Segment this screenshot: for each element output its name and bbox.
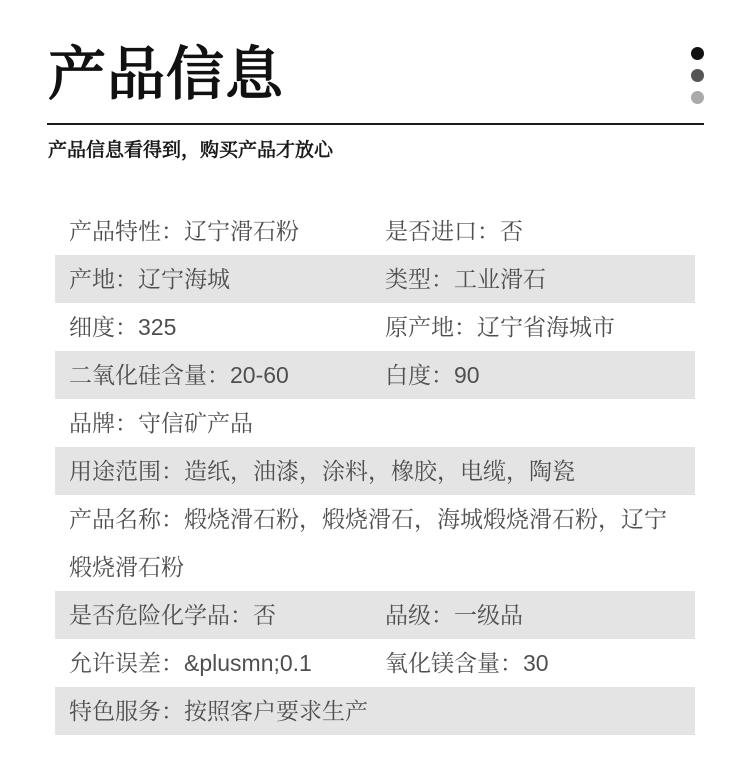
spec-row-silica-content: 二氧化硅含量：20-60 白度：90 [55, 351, 695, 399]
spec-cell: 白度：90 [385, 351, 679, 399]
product-info-panel: 产品信息 产品信息看得到，购买产品才放心 产品特性：辽宁滑石粉 是否进口：否 产… [0, 0, 750, 773]
spec-row-origin: 产地：辽宁海城 类型：工业滑石 [55, 255, 695, 303]
dot-icon-middle [691, 69, 704, 82]
spec-cell: 二氧化硅含量：20-60 [69, 351, 385, 399]
spec-cell: 产品特性：辽宁滑石粉 [69, 207, 385, 255]
spec-cell: 产地：辽宁海城 [69, 255, 385, 303]
page-title: 产品信息 [48, 42, 284, 108]
spec-row-tolerance: 允许误差：&plusmn;0.1 氧化镁含量：30 [55, 639, 695, 687]
spec-cell: 产品名称：煅烧滑石粉，煅烧滑石，海城煅烧滑石粉，辽宁煅烧滑石粉 [69, 495, 679, 591]
spec-row-hazardous: 是否危险化学品：否 品级：一级品 [55, 591, 695, 639]
spec-cell: 类型：工业滑石 [385, 255, 679, 303]
spec-cell: 是否危险化学品：否 [69, 591, 385, 639]
spec-table: 产品特性：辽宁滑石粉 是否进口：否 产地：辽宁海城 类型：工业滑石 细度：325… [55, 207, 695, 735]
spec-cell: 允许误差：&plusmn;0.1 [69, 639, 385, 687]
spec-cell: 氧化镁含量：30 [385, 639, 679, 687]
spec-row-special-service: 特色服务：按照客户要求生产 [55, 687, 695, 735]
spec-row-brand: 品牌：守信矿产品 [55, 399, 695, 447]
dot-icon-bottom [691, 91, 704, 104]
spec-row-usage-range: 用途范围：造纸，油漆，涂料，橡胶，电缆，陶瓷 [55, 447, 695, 495]
page-subtitle: 产品信息看得到，购买产品才放心 [48, 138, 333, 164]
spec-row-product-feature: 产品特性：辽宁滑石粉 是否进口：否 [55, 207, 695, 255]
spec-cell: 细度：325 [69, 303, 385, 351]
spec-cell: 用途范围：造纸，油漆，涂料，橡胶，电缆，陶瓷 [69, 447, 679, 495]
dot-icon-top [691, 47, 704, 60]
spec-cell: 特色服务：按照客户要求生产 [69, 687, 679, 735]
title-divider [47, 123, 704, 125]
spec-cell: 品级：一级品 [385, 591, 679, 639]
spec-row-fineness: 细度：325 原产地：辽宁省海城市 [55, 303, 695, 351]
spec-row-product-name: 产品名称：煅烧滑石粉，煅烧滑石，海城煅烧滑石粉，辽宁煅烧滑石粉 [55, 495, 695, 591]
spec-cell: 是否进口：否 [385, 207, 679, 255]
spec-cell: 品牌：守信矿产品 [69, 399, 679, 447]
spec-cell: 原产地：辽宁省海城市 [385, 303, 679, 351]
vertical-dots-icon [691, 47, 704, 104]
